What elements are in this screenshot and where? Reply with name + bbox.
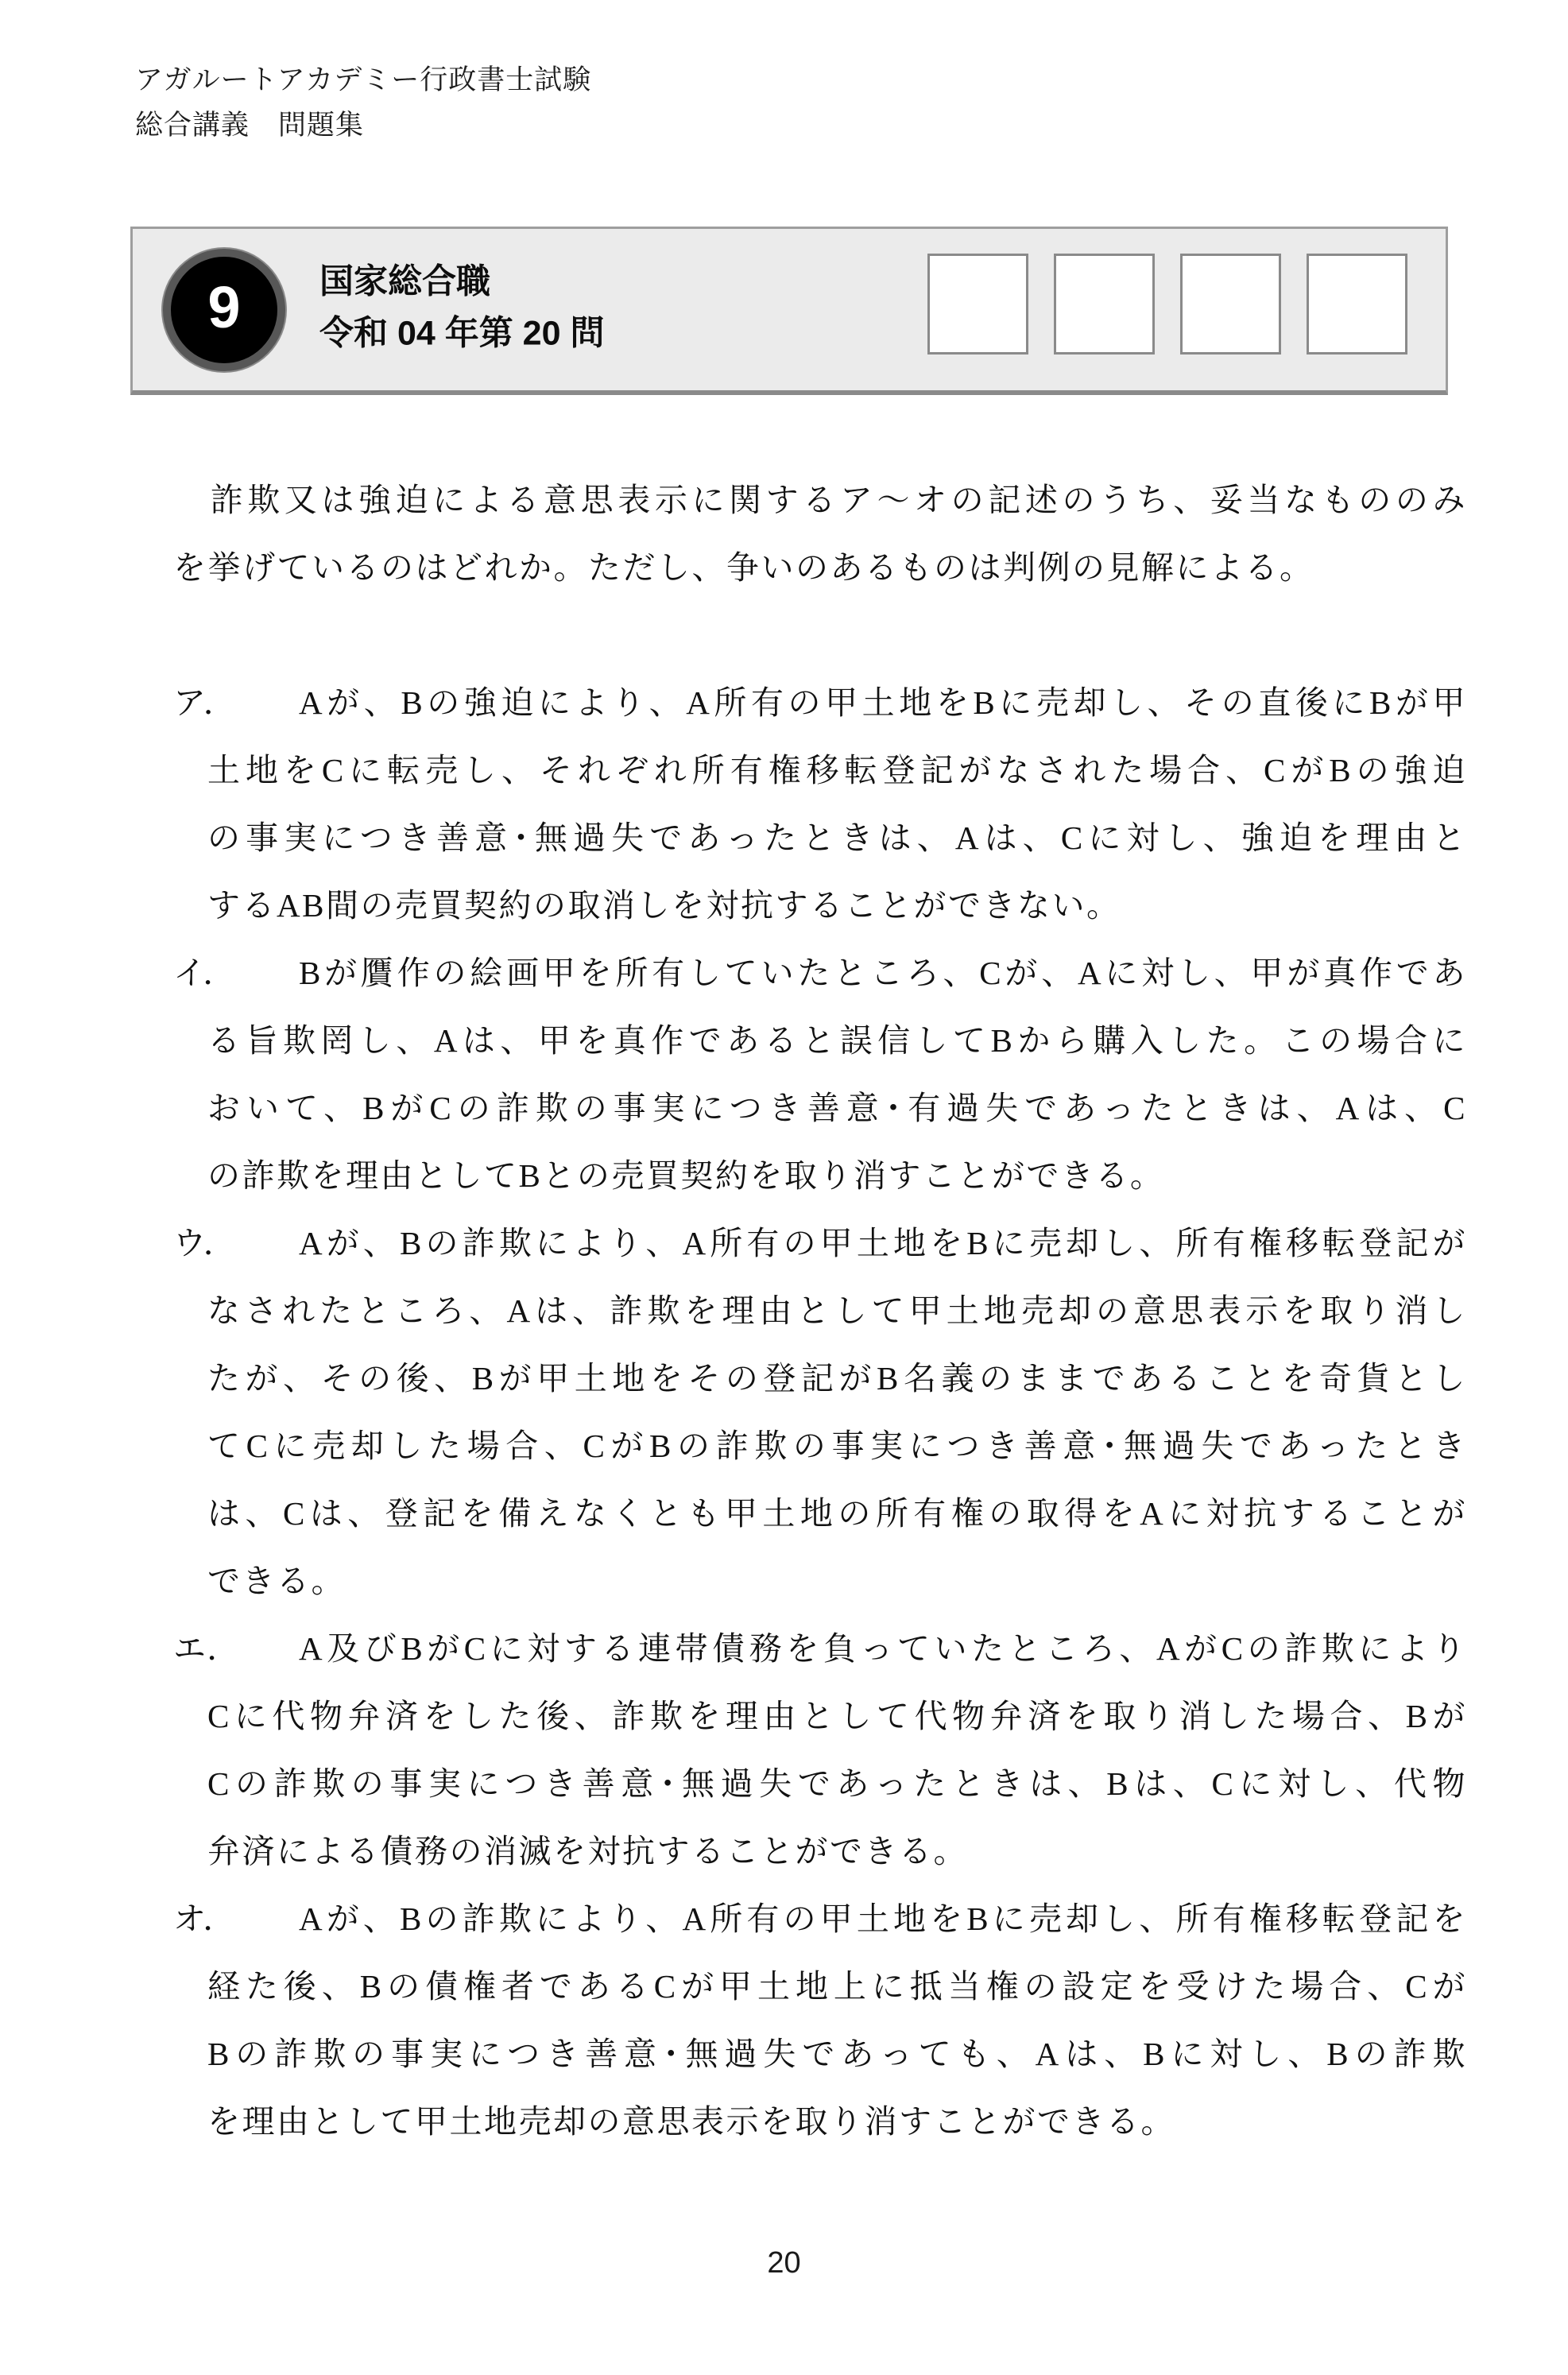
statement-line: Cの詐欺の事実につき善意･無過失であったときは、Bは、Cに対し、代物 <box>173 1750 1467 1818</box>
statement-u: ウ．Aが、Bの詐欺により、A所有の甲土地をBに売却し、所有権移転登記が なされた… <box>173 1210 1467 1615</box>
question-body: 詐欺又は強迫による意思表示に関するア～オの記述のうち、妥当なもののみ を挙げてい… <box>173 467 1467 2156</box>
statement-label: イ． <box>173 940 235 1007</box>
answer-box-row <box>927 254 1407 355</box>
statement-line: おいて、BがCの詐欺の事実につき善意･有過失であったときは、Aは、C <box>173 1075 1467 1142</box>
statement-line: イ．Bが贋作の絵画甲を所有していたところ、Cが、Aに対し、甲が真作であ <box>173 940 1467 1007</box>
statement-line: は、Cは、登記を備えなくとも甲土地の所有権の取得をAに対抗することが <box>173 1480 1467 1548</box>
answer-box-2[interactable] <box>1054 254 1155 355</box>
statement-a: ア．Aが、Bの強迫により、A所有の甲土地をBに売却し、その直後にBが甲 土地をC… <box>173 669 1467 940</box>
statement-list: ア．Aが、Bの強迫により、A所有の甲土地をBに売却し、その直後にBが甲 土地をC… <box>173 669 1467 2156</box>
statement-line: を理由として甲土地売却の意思表示を取り消すことができる。 <box>173 2088 1467 2156</box>
question-number: 9 <box>207 278 240 342</box>
answer-box-1[interactable] <box>927 254 1028 355</box>
statement-line: エ．A及びBがCに対する連帯債務を負っていたところ、AがCの詐欺により <box>173 1615 1467 1683</box>
question-title: 国家総合職 令和 04 年第 20 問 <box>319 256 604 359</box>
statement-e: エ．A及びBがCに対する連帯債務を負っていたところ、AがCの詐欺により Cに代物… <box>173 1615 1467 1885</box>
statement-i: イ．Bが贋作の絵画甲を所有していたところ、Cが、Aに対し、甲が真作であ る旨欺罔… <box>173 940 1467 1210</box>
running-head-line1: アガルートアカデミー行政書士試験 <box>135 57 591 103</box>
statement-line: オ．Aが、Bの詐欺により、A所有の甲土地をBに売却し、所有権移転登記を <box>173 1885 1467 1953</box>
statement-line: ウ．Aが、Bの詐欺により、A所有の甲土地をBに売却し、所有権移転登記が <box>173 1210 1467 1277</box>
statement-line: る旨欺罔し、Aは、甲を真作であると誤信してBから購入した。この場合に <box>173 1007 1467 1075</box>
question-title-line2: 令和 04 年第 20 問 <box>319 308 604 359</box>
statement-line: の事実につき善意･無過失であったときは、Aは、Cに対し、強迫を理由と <box>173 804 1467 872</box>
statement-line: ア．Aが、Bの強迫により、A所有の甲土地をBに売却し、その直後にBが甲 <box>173 669 1467 737</box>
statement-o: オ．Aが、Bの詐欺により、A所有の甲土地をBに売却し、所有権移転登記を 経た後、… <box>173 1885 1467 2156</box>
statement-line: Bの詐欺の事実につき善意･無過失であっても、Aは、Bに対し、Bの詐欺 <box>173 2020 1467 2088</box>
statement-label: エ． <box>173 1615 239 1683</box>
statement-line: Cに代物弁済をした後、詐欺を理由として代物弁済を取り消した場合、Bが <box>173 1683 1467 1750</box>
statement-line: するAB間の売買契約の取消しを対抗することができない。 <box>173 872 1467 940</box>
question-header-box: 9 国家総合職 令和 04 年第 20 問 <box>130 227 1448 395</box>
statement-label: ウ． <box>173 1210 236 1277</box>
statement-label: オ． <box>173 1885 235 1953</box>
statement-line: 弁済による債務の消滅を対抗することができる。 <box>173 1818 1467 1885</box>
question-intro: 詐欺又は強迫による意思表示に関するア～オの記述のうち、妥当なもののみ を挙げてい… <box>173 467 1467 602</box>
statement-line: 経た後、Bの債権者であるCが甲土地上に抵当権の設定を受けた場合、Cが <box>173 1953 1467 2020</box>
statement-line: たが、その後、Bが甲土地をその登記がB名義のままであることを奇貨とし <box>173 1345 1467 1412</box>
answer-box-4[interactable] <box>1307 254 1407 355</box>
running-head: アガルートアカデミー行政書士試験 総合講義 問題集 <box>135 57 591 148</box>
statement-line: できる。 <box>173 1548 1467 1615</box>
running-head-line2: 総合講義 問題集 <box>135 103 591 148</box>
intro-line: を挙げているのはどれか。ただし、争いのあるものは判例の見解による。 <box>173 534 1467 602</box>
statement-label: ア． <box>173 669 236 737</box>
statement-line: てCに売却した場合、CがBの詐欺の事実につき善意･無過失であったとき <box>173 1412 1467 1480</box>
statement-line: なされたところ、Aは、詐欺を理由として甲土地売却の意思表示を取り消し <box>173 1277 1467 1345</box>
statement-line: の詐欺を理由としてBとの売買契約を取り消すことができる。 <box>173 1142 1467 1210</box>
answer-box-3[interactable] <box>1180 254 1281 355</box>
intro-line: 詐欺又は強迫による意思表示に関するア～オの記述のうち、妥当なもののみ <box>173 467 1467 534</box>
question-number-badge: 9 <box>163 249 285 371</box>
question-title-line1: 国家総合職 <box>319 256 604 308</box>
statement-line: 土地をCに転売し、それぞれ所有権移転登記がなされた場合、CがBの強迫 <box>173 737 1467 804</box>
page-number: 20 <box>0 2246 1568 2280</box>
